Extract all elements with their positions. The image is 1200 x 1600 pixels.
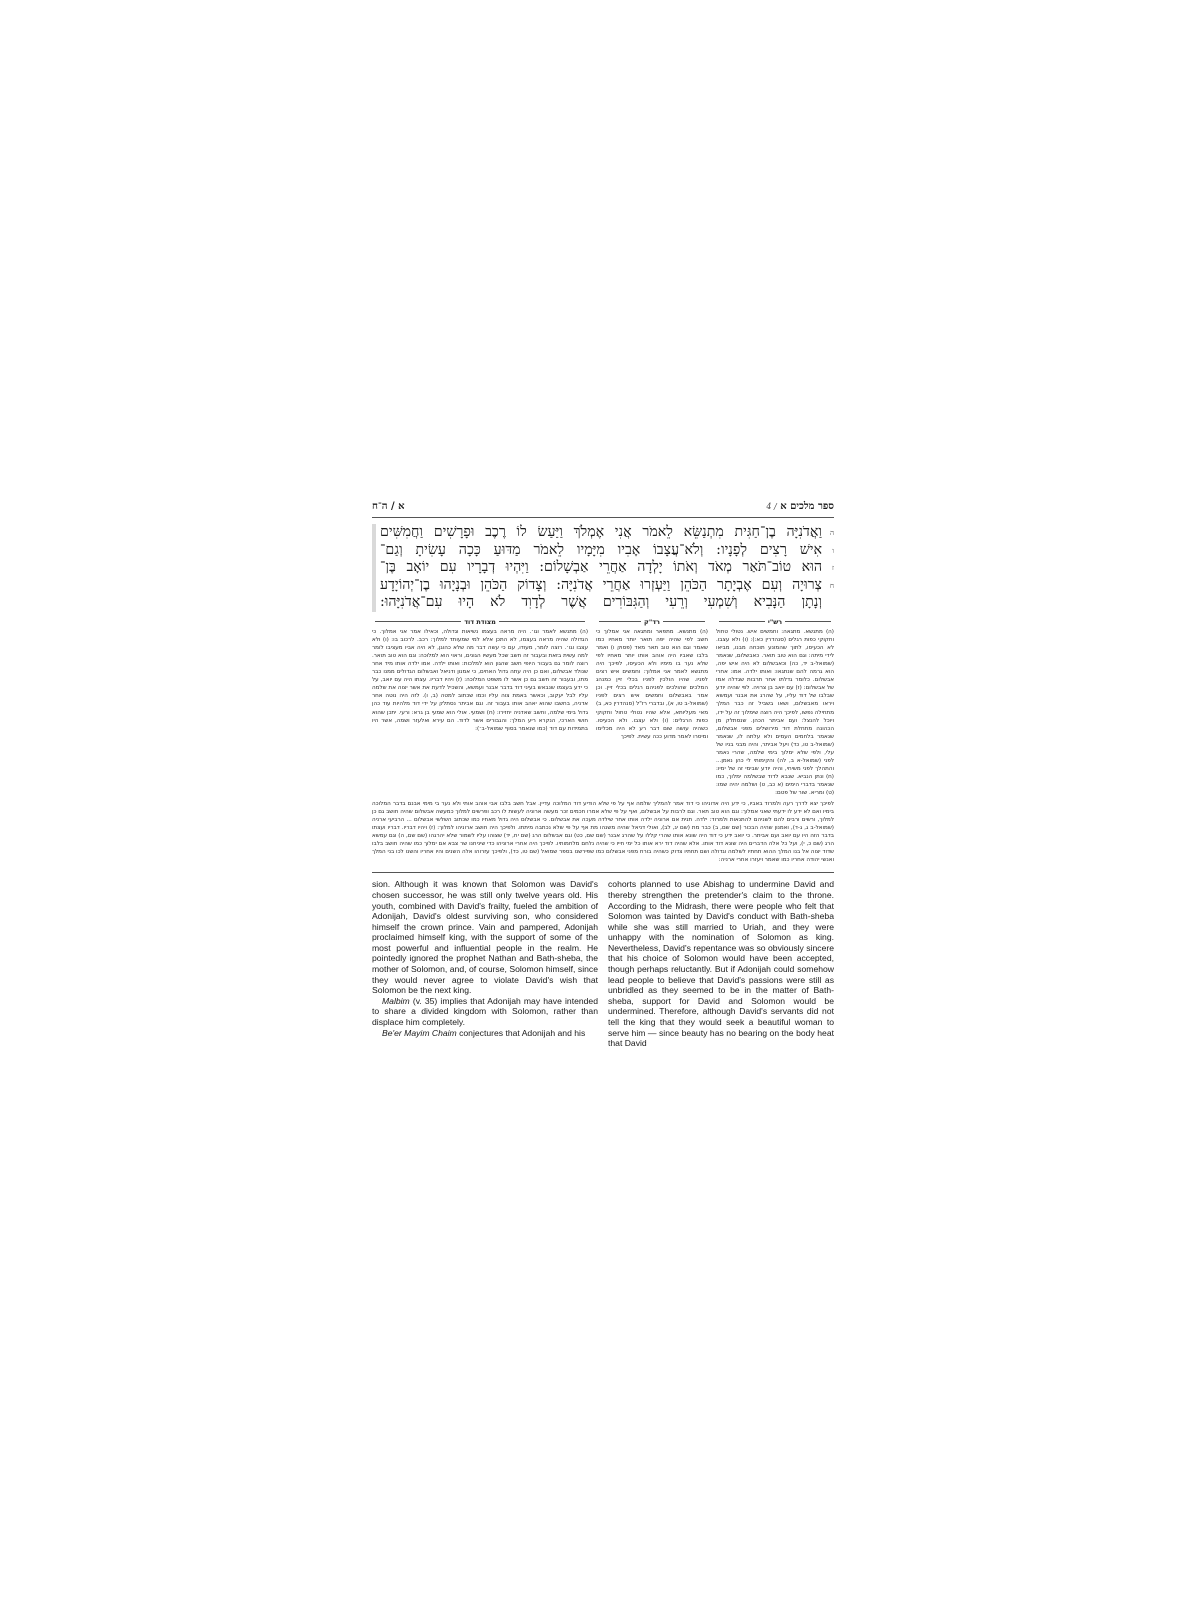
- radak-title: רד"ק: [596, 618, 708, 626]
- source-name: Malbim: [382, 996, 410, 1006]
- book-page: א / ה־ח ספר מלכים א / 4 ה וַאֲדֹנִיָּה ב…: [372, 498, 834, 1049]
- verse-number: ו: [832, 543, 834, 560]
- metzudat-david-commentary: מצודת דוד (ה) מתנשא לאמר וגו׳. היה מראה …: [372, 618, 588, 798]
- section-divider: [372, 872, 834, 873]
- verse-text: אִישׁ רָצִים לְפָנָיו: וְלֹא־עֲצָבוֹ אָב…: [380, 542, 822, 558]
- verse-number: ז: [832, 560, 834, 577]
- verse-line: ה וַאֲדֹנִיָּה בֶן־חַגִּית מִתְנַשֵּׂא ל…: [380, 524, 834, 542]
- radak-commentary: רד"ק (ה) מתנשא. מתפאר ומתגאה אני אמלוך כ…: [596, 618, 708, 798]
- verse-line: וְנָתָן הַנָּבִיא וְשִׁמְעִי וְרֵעִי וְה…: [380, 594, 834, 612]
- metzudat-david-title: מצודת דוד: [372, 618, 588, 626]
- english-right-column: cohorts planned to use Abishag to underm…: [608, 879, 834, 1049]
- running-title: ספר מלכים א / 4: [763, 501, 834, 512]
- verse-number: ה: [830, 525, 834, 542]
- radak-continuation: לפיכך יצא לדרך רעה ולמרוד באביו, כי ידע …: [372, 800, 834, 865]
- verse-line: ח צְרוּיָה וְעִם אֶבְיָתָר הַכֹּהֵן וַיַ…: [380, 577, 834, 595]
- verse-line: ז הוּא טוֹב־תֹּאַר מְאֹד וְאֹתוֹ יָלְדָה…: [380, 559, 834, 577]
- verse-line: ו אִישׁ רָצִים לְפָנָיו: וְלֹא־עֲצָבוֹ א…: [380, 542, 834, 560]
- source-name: Be'er Mayim Chaim: [382, 1028, 457, 1038]
- rashi-title: רש"י: [716, 618, 834, 626]
- page-number: / 4: [766, 502, 776, 511]
- verse-text: הוּא טוֹב־תֹּאַר מְאֹד וְאֹתוֹ יָלְדָה א…: [380, 559, 822, 575]
- scripture-text: ה וַאֲדֹנִיָּה בֶן־חַגִּית מִתְנַשֵּׂא ל…: [372, 524, 834, 612]
- english-paragraph: cohorts planned to use Abishag to underm…: [608, 879, 834, 1049]
- rashi-text: (ה) מתנשא. מתגאה: וחמשים איש. נטולי טחול…: [716, 628, 834, 798]
- metzudat-david-text: (ה) מתנשא לאמר וגו׳. היה מראה בעצמו נשיא…: [372, 628, 588, 733]
- radak-text: (ה) מתנשא. מתפאר ומתגאה אני אמלוך כי חשב…: [596, 628, 708, 741]
- verse-text: צְרוּיָה וְעִם אֶבְיָתָר הַכֹּהֵן וַיַּע…: [380, 577, 822, 593]
- english-paragraph: Be'er Mayim Chaim conjectures that Adoni…: [372, 1028, 598, 1039]
- english-commentary: sion. Although it was known that Solomon…: [372, 879, 834, 1049]
- english-left-column: sion. Although it was known that Solomon…: [372, 879, 598, 1049]
- english-paragraph: Malbim (v. 35) implies that Adonijah may…: [372, 996, 598, 1028]
- verse-number: ח: [830, 578, 834, 595]
- page-header: א / ה־ח ספר מלכים א / 4: [372, 498, 834, 518]
- verse-text: וְנָתָן הַנָּבִיא וְשִׁמְעִי וְרֵעִי וְה…: [380, 594, 822, 610]
- chapter-reference: א / ה־ח: [372, 501, 405, 512]
- book-title: ספר מלכים א: [780, 501, 834, 512]
- english-paragraph: sion. Although it was known that Solomon…: [372, 879, 598, 996]
- rashi-commentary: רש"י (ה) מתנשא. מתגאה: וחמשים איש. נטולי…: [716, 618, 834, 798]
- verse-text: וַאֲדֹנִיָּה בֶן־חַגִּית מִתְנַשֵּׂא לֵא…: [380, 524, 822, 540]
- commentary-columns: רש"י (ה) מתנשא. מתגאה: וחמשים איש. נטולי…: [372, 618, 834, 798]
